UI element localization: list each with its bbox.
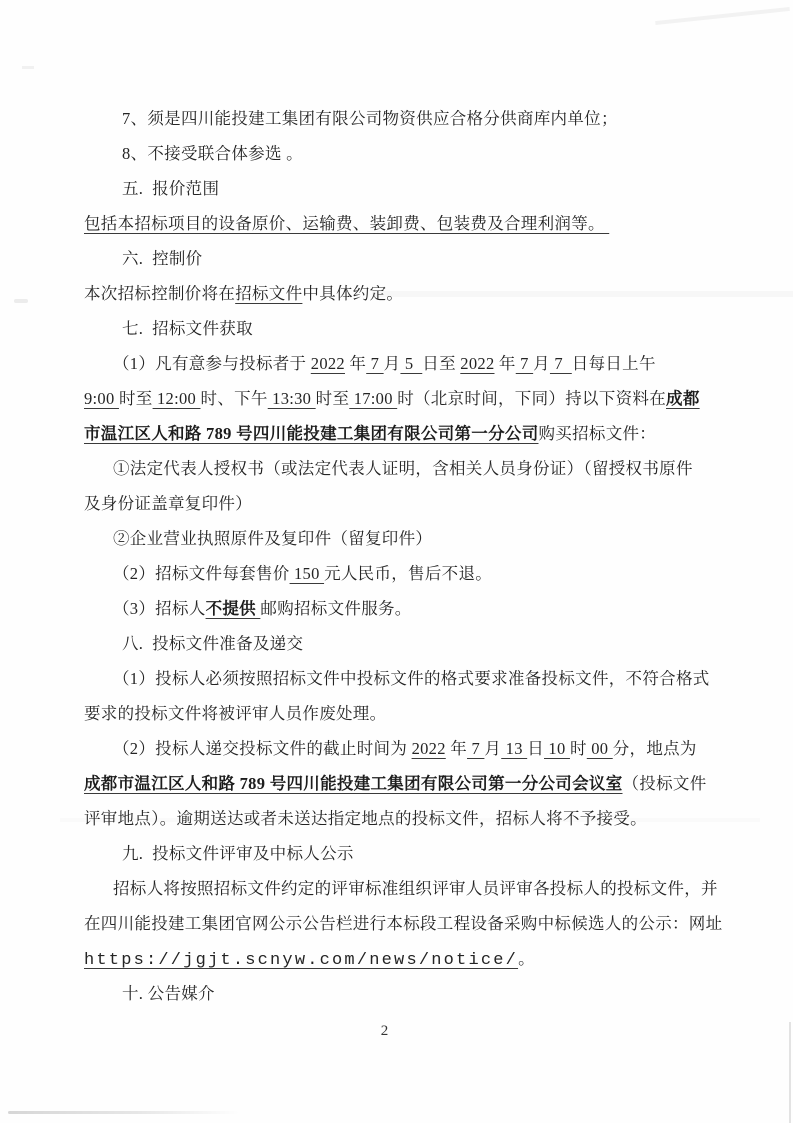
text-segment: 7	[467, 739, 484, 758]
text-segment: 十. 公告媒介	[122, 984, 215, 1003]
document-line: ②企业营业执照原件及复印件（留复印件）	[84, 521, 784, 556]
text-segment: 七. 招标文件获取	[122, 319, 253, 338]
document-line: 8、不接受联合体参选 。	[84, 136, 784, 171]
page-number: 2	[0, 1014, 781, 1049]
text-segment: 月	[484, 739, 501, 758]
document-line: 招标人将按照招标文件约定的评审标准组织评审人员评审各投标人的投标文件，并	[84, 871, 784, 906]
document-line: （3）招标人不提供 邮购招标文件服务。	[84, 591, 784, 626]
text-segment: （1）投标人必须按照招标文件中投标文件的格式要求准备投标文件，不符合格式	[113, 669, 710, 688]
document-line: （2）招标文件每套售价 150 元人民币，售后不退。	[84, 556, 784, 591]
text-segment: 2022	[460, 354, 494, 373]
document-line: （1）投标人必须按照招标文件中投标文件的格式要求准备投标文件，不符合格式	[84, 661, 784, 696]
text-segment: （3）招标人	[113, 599, 206, 618]
scan-edge-right	[789, 1022, 791, 1123]
text-segment: 六. 控制价	[122, 249, 202, 268]
document-line: https://jgjt.scnyw.com/news/notice/。	[84, 941, 784, 976]
text-segment: 13:30	[268, 389, 316, 408]
document-line: 五. 报价范围	[84, 171, 784, 206]
scan-mark-left-2	[22, 66, 34, 69]
text-segment: 7	[550, 354, 572, 373]
document-line: （2）投标人递交投标文件的截止时间为 2022 年 7 月 13 日 10 时 …	[84, 731, 784, 766]
text-segment: 评审地点）。逾期送达或者未送达指定地点的投标文件，招标人将不予接受。	[84, 809, 647, 828]
text-segment: 13	[501, 739, 527, 758]
document-line: 成都市温江区人和路 789 号四川能投建工集团有限公司第一分公司会议室（投标文件	[84, 766, 784, 801]
text-segment: 邮购招标文件服务。	[260, 599, 411, 618]
text-segment: ②企业营业执照原件及复印件（留复印件）	[113, 529, 432, 548]
text-segment: 17:00	[349, 389, 397, 408]
text-segment: 时	[570, 739, 587, 758]
text-segment: 月	[533, 354, 550, 373]
text-segment: 市温江区人和路 789 号四川能投建工集团有限公司第一分公司	[84, 424, 539, 443]
document-line: 十. 公告媒介	[84, 976, 784, 1011]
text-segment: ①法定代表人授权书（或法定代表人证明，含相关人员身份证）（留授权书原件	[113, 459, 693, 478]
text-segment: （2）招标文件每套售价	[113, 564, 290, 583]
document-line: 包括本招标项目的设备原价、运输费、装卸费、包装费及合理利润等。	[84, 206, 784, 241]
text-segment: 日每日上午	[572, 354, 656, 373]
text-segment: 分，地点为	[613, 739, 697, 758]
text-segment: 150	[290, 564, 325, 583]
text-segment: 时（北京时间，下同）持以下资料在	[397, 389, 666, 408]
text-segment: 购买招标文件：	[539, 424, 657, 443]
text-segment: 及身份证盖章复印件）	[84, 494, 252, 513]
document-line: 九. 投标文件评审及中标人公示	[84, 836, 784, 871]
document-lines: 7、须是四川能投建工集团有限公司物资供应合格分供商库内单位；8、不接受联合体参选…	[84, 101, 784, 1011]
text-segment: （1）凡有意参与投标者于	[113, 354, 311, 373]
text-segment: 2022	[311, 354, 345, 373]
text-segment: 10	[544, 739, 570, 758]
document-line: 本次招标控制价将在招标文件中具体约定。	[84, 276, 784, 311]
text-segment: 00	[587, 739, 613, 758]
text-segment: 中具体约定。	[302, 284, 403, 303]
text-segment: 7	[516, 354, 533, 373]
document-line: 在四川能投建工集团官网公示公告栏进行本标段工程设备采购中标候选人的公示：网址	[84, 906, 784, 941]
text-segment: 年	[495, 354, 516, 373]
text-segment: 成都市温江区人和路 789 号四川能投建工集团有限公司第一分公司会议室	[84, 774, 623, 793]
text-segment: 日	[527, 739, 544, 758]
text-segment: 9:00	[84, 389, 119, 408]
scan-streak-top-right	[655, 7, 790, 25]
text-segment: 本次招标控制价将在	[84, 284, 235, 303]
text-segment: 7、须是四川能投建工集团有限公司物资供应合格分供商库内单位；	[122, 109, 618, 128]
text-segment: 年	[345, 354, 366, 373]
url-text: https://jgjt.scnyw.com/news/notice/	[84, 951, 518, 970]
text-segment: 月	[384, 354, 401, 373]
text-segment: 招标人将按照招标文件约定的评审标准组织评审人员评审各投标人的投标文件，并	[113, 879, 718, 898]
document-line: 市温江区人和路 789 号四川能投建工集团有限公司第一分公司购买招标文件：	[84, 416, 784, 451]
document-line: 六. 控制价	[84, 241, 784, 276]
text-segment: （2）投标人递交投标文件的截止时间为	[113, 739, 412, 758]
document-page: 7、须是四川能投建工集团有限公司物资供应合格分供商库内单位；8、不接受联合体参选…	[0, 0, 793, 1123]
text-segment: 包括本招标项目的设备原价、运输费、装卸费、包装费及合理利润等。	[84, 214, 609, 233]
text-segment: 日至	[422, 354, 460, 373]
text-segment: 5	[400, 354, 422, 373]
document-line: 要求的投标文件将被评审人员作废处理。	[84, 696, 784, 731]
document-line: 7、须是四川能投建工集团有限公司物资供应合格分供商库内单位；	[84, 101, 784, 136]
scan-mark-left-1	[14, 299, 28, 303]
text-segment: 八. 投标文件准备及递交	[122, 634, 303, 653]
text-segment: 时、下午	[201, 389, 268, 408]
document-line: 及身份证盖章复印件）	[84, 486, 784, 521]
scan-smudge-bottom-left	[8, 1111, 240, 1114]
text-segment: 2022	[412, 739, 446, 758]
text-segment: 。	[518, 949, 535, 968]
text-segment: 元人民币，售后不退。	[324, 564, 492, 583]
document-line: 七. 招标文件获取	[84, 311, 784, 346]
document-line: 9:00 时至 12:00 时、下午 13:30 时至 17:00 时（北京时间…	[84, 381, 784, 416]
text-segment: （投标文件	[623, 774, 707, 793]
text-segment: 不提供	[206, 599, 261, 618]
text-segment: 12:00	[153, 389, 201, 408]
text-segment: 五. 报价范围	[122, 179, 219, 198]
document-line: ①法定代表人授权书（或法定代表人证明，含相关人员身份证）（留授权书原件	[84, 451, 784, 486]
text-segment: 7	[366, 354, 383, 373]
text-segment: 时至	[316, 389, 350, 408]
text-segment: 在四川能投建工集团官网公示公告栏进行本标段工程设备采购中标候选人的公示：网址	[84, 914, 722, 933]
document-line: （1）凡有意参与投标者于 2022 年 7 月 5 日至 2022 年 7 月 …	[84, 346, 784, 381]
text-segment: 8、不接受联合体参选 。	[122, 144, 303, 163]
text-segment: 时至	[119, 389, 153, 408]
text-segment: 招标文件	[235, 284, 302, 303]
text-segment: 要求的投标文件将被评审人员作废处理。	[84, 704, 386, 723]
document-line: 八. 投标文件准备及递交	[84, 626, 784, 661]
text-segment: 九. 投标文件评审及中标人公示	[122, 844, 354, 863]
text-segment: 成都	[666, 389, 700, 408]
document-line: 评审地点）。逾期送达或者未送达指定地点的投标文件，招标人将不予接受。	[84, 801, 784, 836]
text-segment: 年	[446, 739, 467, 758]
